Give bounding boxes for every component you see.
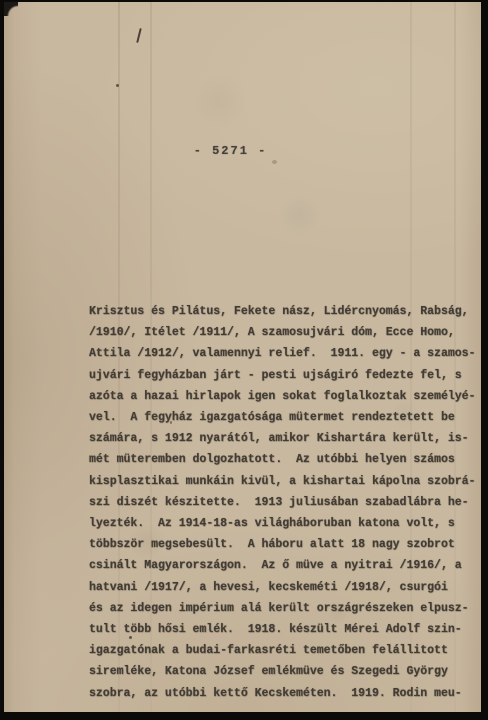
scan-corner-artifact xyxy=(4,2,18,16)
typewritten-line: mét müteremben dolgozhatott. Az utóbbi h… xyxy=(89,449,475,470)
typewritten-line: azóta a hazai hirlapok igen sokat foglal… xyxy=(89,386,475,407)
ink-smudge xyxy=(272,160,277,164)
typewritten-line: hatvani /1917/, a hevesi, kecskeméti /19… xyxy=(89,577,475,598)
typewritten-line: lyezték. Az 1914-18-as világháboruban ka… xyxy=(89,513,475,534)
typewritten-line: tult több hősi emlék. 1918. készült Mére… xyxy=(89,619,475,640)
typewritten-text-block: Krisztus és Pilátus, Fekete nász, Lidérc… xyxy=(89,301,475,704)
typewritten-line: Attila /1912/, valamennyi relief. 1911. … xyxy=(89,343,475,364)
typewritten-line: és az idegen impérium alá került országr… xyxy=(89,598,475,619)
typewritten-line: /1910/, Itélet /1911/, A szamosujvári dó… xyxy=(89,322,475,343)
typewritten-line: szi diszét készitette. 1913 juliusában s… xyxy=(89,492,475,513)
typewritten-line: szobra, az utóbbi kettő Kecskeméten. 191… xyxy=(89,683,475,704)
typewritten-line: Krisztus és Pilátus, Fekete nász, Lidérc… xyxy=(89,301,475,322)
typewritten-line: vel. A fegyház igazgatósága mütermet ren… xyxy=(89,407,475,428)
typewritten-line: siremléke, Katona József emlékmüve és Sz… xyxy=(89,661,475,682)
page-number: - 5271 - xyxy=(4,144,457,158)
scanned-page: - 5271 - Krisztus és Pilátus, Fekete nás… xyxy=(4,2,481,712)
typewritten-line: csinált Magyarországon. Az ő müve a nyit… xyxy=(89,555,475,576)
typewritten-line: kisplasztikai munkáin kivül, a kishartai… xyxy=(89,471,475,492)
ink-speck xyxy=(116,84,119,87)
typewritten-line: ujvári fegyházban járt - pesti ujságiró … xyxy=(89,365,475,386)
typewritten-line: számára, s 1912 nyarától, amikor Kishart… xyxy=(89,428,475,449)
typewritten-line: igazgatónak a budai-farkasréti temetőben… xyxy=(89,640,475,661)
typewritten-line: többször megsebesült. A háboru alatt 18 … xyxy=(89,534,475,555)
